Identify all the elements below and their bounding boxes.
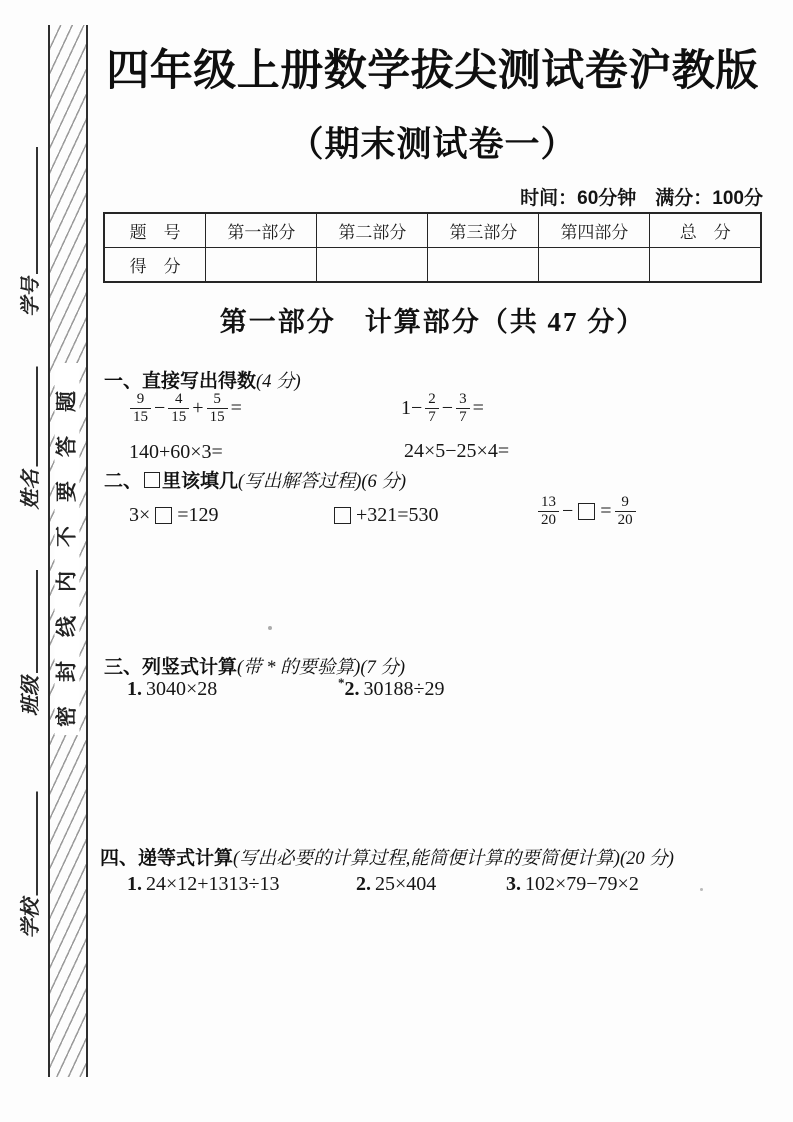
q1b-expression: 1−27−37= bbox=[400, 391, 485, 426]
q1c-expression: 140+60×3= bbox=[128, 441, 224, 464]
score-table-header-row: 题 号 第一部分 第二部分 第三部分 第四部分 总 分 bbox=[104, 213, 761, 248]
score-header-total: 总 分 bbox=[650, 213, 761, 248]
q2b-expression: +321=530 bbox=[330, 504, 440, 527]
score-row-label: 得 分 bbox=[104, 248, 206, 283]
fraction: 915 bbox=[130, 391, 151, 426]
q2c-expression: 1320−=920 bbox=[536, 494, 638, 529]
q4b-expression: 2.25×404 bbox=[356, 873, 437, 896]
section-1-intro: 一、直接写出得数(4 分) bbox=[104, 366, 301, 393]
score-table: 题 号 第一部分 第二部分 第三部分 第四部分 总 分 得 分 bbox=[103, 212, 762, 283]
section-3-intro: 三、列竖式计算(带 * 的要验算)(7 分) bbox=[104, 652, 405, 679]
field-class-label: 班级 bbox=[21, 676, 41, 716]
score-header-question: 题 号 bbox=[104, 213, 206, 248]
score-header-part1: 第一部分 bbox=[206, 213, 317, 248]
section-4-intro: 四、递等式计算(写出必要的计算过程,能简便计算的要简便计算)(20 分) bbox=[100, 843, 674, 870]
fraction: 920 bbox=[615, 494, 636, 529]
blank-box bbox=[334, 507, 351, 524]
seal-text: 密封线内不要答题 bbox=[55, 363, 80, 735]
blank-box bbox=[578, 503, 595, 520]
scan-artifact-dot bbox=[700, 888, 703, 891]
score-table-score-row: 得 分 bbox=[104, 248, 761, 283]
q4c-expression: 3.102×79−79×2 bbox=[506, 873, 640, 896]
fraction: 37 bbox=[456, 391, 470, 426]
q4a-expression: 1.24×12+1313÷13 bbox=[127, 873, 281, 896]
q3a-expression: 1.3040×28 bbox=[127, 678, 218, 701]
score-cell-part4 bbox=[539, 248, 650, 283]
q1a-expression: 915−415+515= bbox=[128, 391, 243, 426]
scan-artifact-dot bbox=[268, 626, 272, 630]
score-cell-part2 bbox=[317, 248, 428, 283]
q3b-expression: *2.30188÷29 bbox=[338, 678, 445, 701]
exam-meta: 时间：60分钟 满分：100分 bbox=[100, 183, 763, 210]
part-heading: 第一部分 计算部分（共 47 分） bbox=[103, 300, 762, 339]
field-school-label: 学校 bbox=[21, 899, 41, 939]
q1d-expression: 24×5−25×4= bbox=[403, 440, 510, 463]
section-2-intro: 二、里该填几(写出解答过程)(6 分) bbox=[104, 466, 406, 493]
page-subtitle: （期末测试卷一） bbox=[100, 117, 765, 167]
field-class-blank bbox=[35, 570, 38, 673]
score-header-part2: 第二部分 bbox=[317, 213, 428, 248]
q2a-expression: 3×=129 bbox=[128, 504, 220, 527]
blank-box bbox=[144, 472, 160, 488]
score-header-part3: 第三部分 bbox=[428, 213, 539, 248]
score-cell-total bbox=[650, 248, 761, 283]
fraction: 1320 bbox=[538, 494, 559, 529]
field-name-blank bbox=[35, 367, 38, 467]
score-header-part4: 第四部分 bbox=[539, 213, 650, 248]
field-student-id-blank bbox=[35, 147, 38, 274]
score-cell-part3 bbox=[428, 248, 539, 283]
field-school-blank bbox=[35, 792, 38, 896]
page-title: 四年级上册数学拔尖测试卷沪教版 bbox=[100, 46, 765, 98]
fraction: 27 bbox=[425, 391, 439, 426]
field-name-label: 姓名 bbox=[21, 470, 41, 510]
score-cell-part1 bbox=[206, 248, 317, 283]
fraction: 515 bbox=[207, 391, 228, 426]
blank-box bbox=[155, 507, 172, 524]
field-student-id-label: 学号 bbox=[21, 277, 41, 317]
fraction: 415 bbox=[168, 391, 189, 426]
